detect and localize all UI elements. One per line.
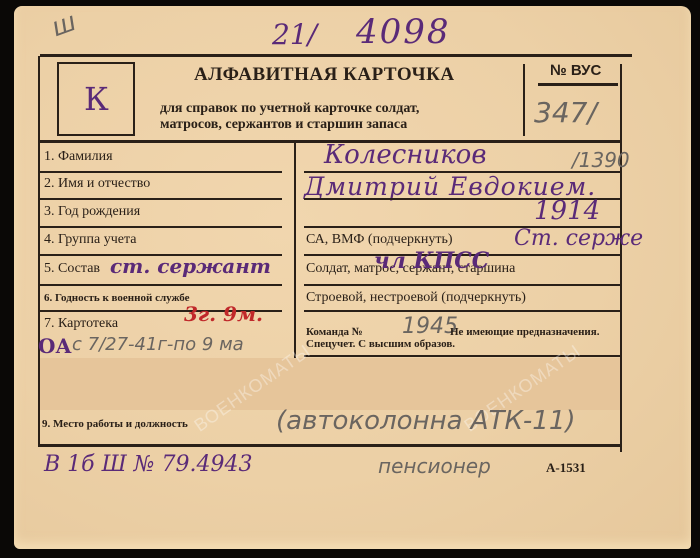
vus-value: 347/	[534, 96, 597, 129]
corner-mark: ш	[48, 7, 81, 43]
card-subtitle-1: для справок по учетной карточке солдат,	[160, 101, 419, 117]
team-note: Не имеющие предназначения.	[450, 326, 599, 338]
form-number: А-1531	[546, 460, 586, 476]
row-rule	[304, 284, 620, 286]
team-label: Команда №	[306, 326, 363, 338]
vus-underline	[538, 83, 618, 86]
surname-value: Колесников	[324, 140, 486, 170]
row-rule	[40, 171, 282, 173]
field-birthyear-label: 3. Год рождения	[44, 204, 140, 220]
vus-value-2: /1390	[572, 148, 630, 172]
card-subtitle-2: матросов, сержантов и старшин запаса	[160, 117, 407, 133]
row-rule	[304, 310, 620, 312]
column-divider	[294, 142, 296, 367]
file-number-prefix: 21/	[272, 18, 317, 51]
rank-note-1: Ст. серже	[514, 226, 643, 251]
field-fitness-label: 6. Годность к военной службе	[44, 292, 190, 304]
bottom-middle-note: пенсионер	[378, 454, 491, 478]
card-index-stamp: ОА	[38, 334, 72, 358]
card-title: АЛФАВИТНАЯ КАРТОЧКА	[194, 64, 455, 86]
field-group-label: 4. Группа учета	[44, 232, 136, 248]
workplace-value: (автоколонна АТК-11)	[276, 406, 576, 436]
field-branch-label: СА, ВМФ (подчеркнуть)	[306, 232, 453, 248]
field-composition-value: ст. сержант	[110, 254, 271, 278]
vus-label: № ВУС	[550, 62, 601, 79]
row-rule	[40, 284, 282, 286]
letter-box-value: К	[84, 80, 109, 118]
field-fitness-value: 3г. 9м.	[184, 302, 263, 326]
row-rule	[40, 198, 282, 200]
field-workplace-label: 9. Место работы и должность	[42, 418, 188, 430]
team-spec: Спецучет. С высшим образов.	[306, 338, 455, 350]
field-service-label: Строевой, нестроевой (подчеркнуть)	[306, 290, 526, 306]
field-composition-label: 5. Состав	[44, 261, 100, 277]
row-rule	[40, 226, 282, 228]
field-name-label: 2. Имя и отчество	[44, 176, 150, 192]
field-card-index-label: 7. Картотека	[44, 316, 118, 332]
file-number: 4098	[356, 12, 451, 52]
alphabetical-card: ш 21/ 4098 К АЛФАВИТНАЯ КАРТОЧКА для спр…	[14, 6, 691, 549]
card-index-note: с 7/27-41г-по 9 ма	[72, 334, 244, 355]
rank-note-2: чл КПСС	[374, 248, 489, 274]
top-border	[40, 54, 632, 57]
vus-divider	[523, 64, 525, 136]
birth-year-value: 1914	[534, 196, 600, 226]
right-border	[620, 64, 622, 452]
field-surname-label: 1. Фамилия	[44, 149, 113, 165]
bottom-left-note: В 1б Ш № 79.4943	[44, 452, 252, 477]
bottom-border	[38, 444, 622, 447]
